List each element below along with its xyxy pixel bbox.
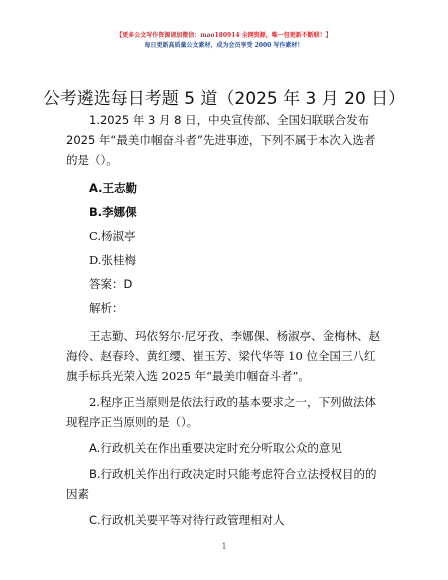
q1-option-d: D.张桂梅 <box>66 248 386 272</box>
q2-option-b: B.行政机关作出行政决定时只能考虑符合立法授权目的的因素 <box>66 464 386 504</box>
q1-option-c: C.杨淑亭 <box>66 224 386 248</box>
page-number: 1 <box>0 542 448 551</box>
promo-line-1: 【更多公文写作资源请加微信：mao180914 全网资源，唯一包更新不断联！】 <box>0 31 448 41</box>
q1-analysis: 王志勤、玛依努尔·尼牙孜、李娜倮、杨淑亭、金梅林、赵海伶、赵春玲、黄红缨、崔玉芳… <box>66 326 386 386</box>
promo-header: 【更多公文写作资源请加微信：mao180914 全网资源，唯一包更新不断联！】 … <box>0 31 448 51</box>
promo-line-2: 每日更新高质量公文素材，成为会员享受 2000 写作素材！ <box>0 41 448 51</box>
q2-option-c: C.行政机关要平等对待行政管理相对人 <box>66 510 386 530</box>
document-body: 1.2025 年 3 月 8 日，中央宣传部、全国妇联联合发布 2025 年“最… <box>66 110 386 530</box>
q1-option-b: B.李娜倮 <box>66 200 386 224</box>
q2-option-a: A.行政机关在作出重要决定时充分听取公众的意见 <box>66 438 386 458</box>
question-2-stem: 2.程序正当原则是依法行政的基本要求之一，下列做法体现程序正当原则的是（）。 <box>66 392 386 432</box>
q1-option-a: A.王志勤 <box>66 176 386 200</box>
q1-analysis-label: 解析： <box>66 296 386 320</box>
page-title: 公考遴选每日考题 5 道（2025 年 3 月 20 日） <box>0 84 448 109</box>
q1-answer: 答案：D <box>66 272 386 296</box>
question-1-stem: 1.2025 年 3 月 8 日，中央宣传部、全国妇联联合发布 2025 年“最… <box>66 110 386 170</box>
